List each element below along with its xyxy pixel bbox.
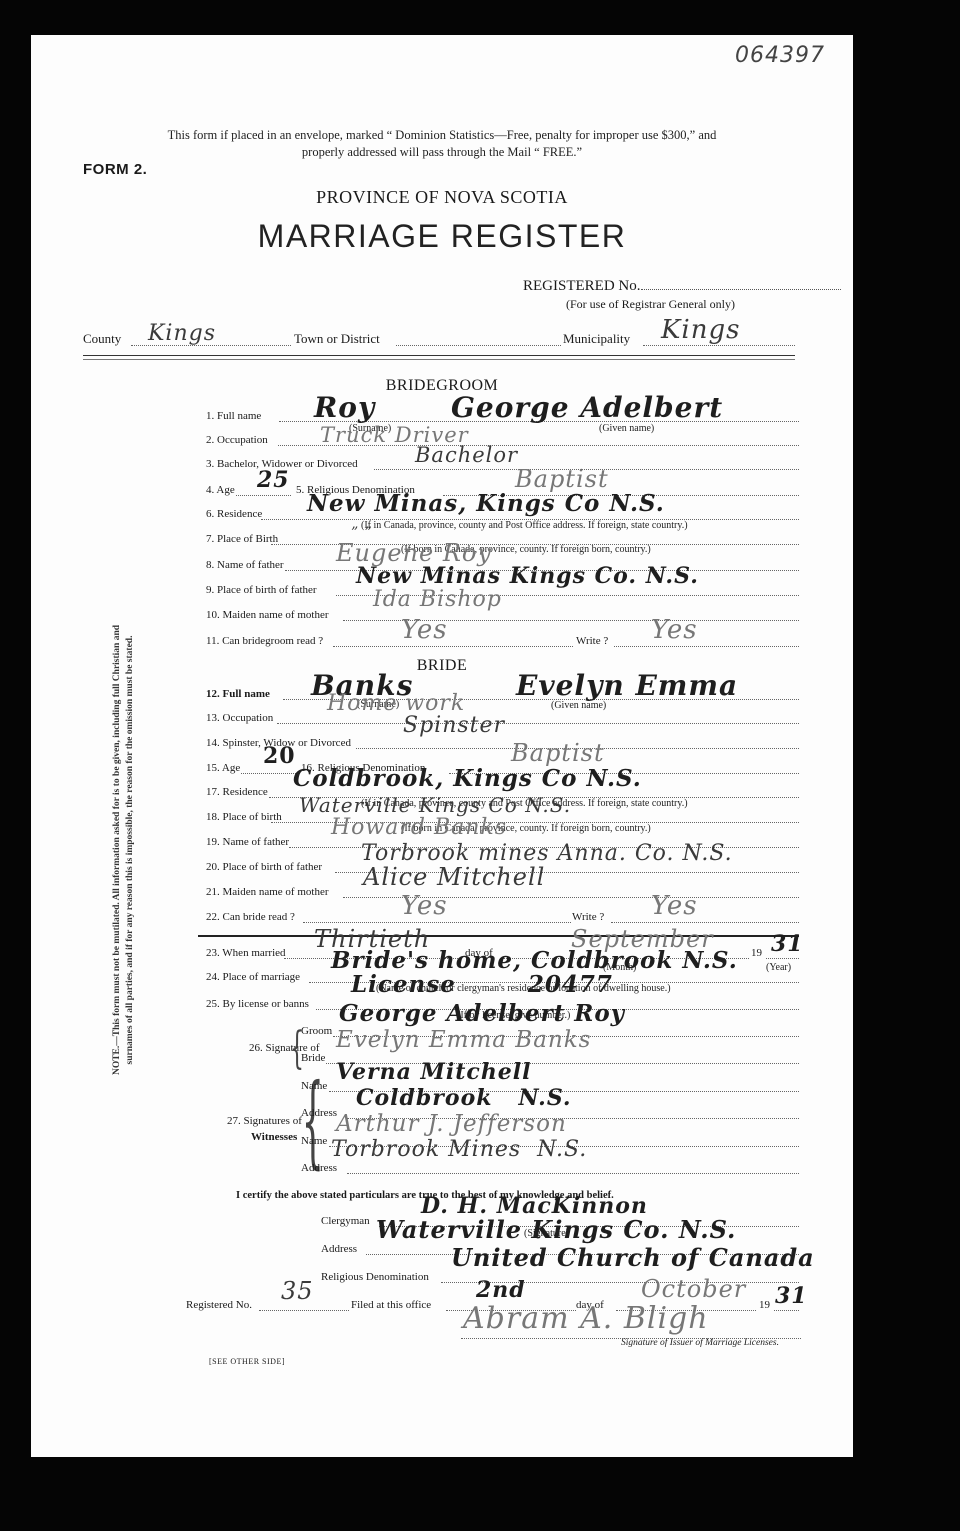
- marriage-register-form: 064397 This form if placed in an envelop…: [31, 35, 853, 1457]
- year-prefix: 19: [751, 947, 762, 959]
- license-label: 25. By license or banns: [206, 998, 309, 1010]
- bride-read: Yes: [401, 891, 448, 921]
- when-married-label: 23. When married: [206, 947, 286, 959]
- filed-month: October: [641, 1275, 746, 1303]
- groom-status: Bachelor: [415, 443, 518, 467]
- witness-1-address-label: Address: [301, 1107, 337, 1119]
- mail-notice: This form if placed in an envelope, mark…: [31, 127, 853, 161]
- witness-2-address: Torbrook Mines N.S.: [331, 1137, 587, 1162]
- groom-mother: Ida Bishop: [373, 587, 502, 612]
- bride-given-name-hint: (Given name): [551, 700, 606, 711]
- groom-religion: Baptist: [515, 465, 609, 493]
- mail-notice-line-1: This form if placed in an envelope, mark…: [31, 127, 853, 144]
- place-of-marriage-label: 24. Place of marriage: [206, 971, 300, 983]
- marriage-year: 31: [771, 931, 804, 957]
- registered-no-field: REGISTERED No.: [523, 278, 841, 295]
- bride-full-name-label: 12. Full name: [206, 688, 270, 700]
- province-heading: PROVINCE OF NOVA SCOTIA: [31, 187, 853, 208]
- bride-age-label: 15. Age: [206, 762, 240, 774]
- side-note: NOTE.—This form must not be mutilated. A…: [111, 530, 137, 1170]
- witness-2-name-label: Name: [301, 1135, 327, 1147]
- bride-father-birthplace-label: 20. Place of birth of father: [206, 861, 322, 873]
- town-label: Town or District: [294, 331, 380, 347]
- groom-father-label: 8. Name of father: [206, 559, 284, 571]
- registered-no-bottom-label: Registered No.: [186, 1299, 252, 1311]
- clergyman-denomination: United Church of Canada: [451, 1243, 815, 1272]
- bride-signature: Evelyn Emma Banks: [336, 1027, 591, 1053]
- county-label: County: [83, 331, 121, 347]
- filed-year-prefix: 19: [759, 1299, 770, 1311]
- clergyman-label: Clergyman: [321, 1215, 370, 1227]
- bride-status: Spinster: [403, 713, 505, 738]
- groom-age-label: 4. Age: [206, 484, 235, 496]
- see-other-side: [SEE OTHER SIDE]: [209, 1357, 285, 1366]
- groom-residence-label: 6. Residence: [206, 508, 262, 520]
- header-divider: [83, 355, 795, 356]
- mail-notice-line-2: properly addressed will pass through the…: [31, 144, 853, 161]
- registered-no-value: 35: [281, 1277, 314, 1305]
- bride-age: 20: [263, 743, 296, 769]
- year-hint: (Year): [766, 962, 791, 973]
- groom-residence-hint: (If in Canada, province, county and Post…: [361, 520, 688, 531]
- serial-number: 064397: [735, 43, 825, 68]
- groom-read: Yes: [401, 615, 448, 645]
- registered-no-note: (For use of Registrar General only): [566, 297, 735, 312]
- bride-mother-label: 21. Maiden name of mother: [206, 886, 329, 898]
- bride-mother: Alice Mitchell: [363, 863, 545, 891]
- witness-1-name: Verna Mitchell: [336, 1059, 532, 1085]
- witnesses-label-1: 27. Signatures of: [227, 1115, 302, 1127]
- bridegroom-heading: BRIDEGROOM: [31, 377, 853, 395]
- groom-read-label: 11. Can bridegroom read ?: [206, 635, 323, 647]
- page-title: MARRIAGE REGISTER: [31, 218, 853, 255]
- groom-mother-label: 10. Maiden name of mother: [206, 609, 329, 621]
- groom-father-birthplace: New Minas Kings Co. N.S.: [356, 563, 699, 589]
- clergyman-address-label: Address: [321, 1243, 357, 1255]
- bride-read-label: 22. Can bride read ?: [206, 911, 295, 923]
- issuer-signature: Abram A. Bligh: [463, 1301, 709, 1336]
- witness-2-name: Arthur J. Jefferson: [336, 1111, 567, 1137]
- groom-write: Yes: [651, 615, 698, 645]
- municipality-label: Municipality: [563, 331, 630, 347]
- groom-residence: New Minas, Kings Co N.S.: [307, 490, 665, 517]
- groom-signature: George Adelbert Roy: [339, 1000, 625, 1027]
- groom-occupation-label: 2. Occupation: [206, 434, 268, 446]
- filed-label: Filed at this office: [351, 1299, 431, 1311]
- bride-residence-label: 17. Residence: [206, 786, 268, 798]
- groom-father-birthplace-label: 9. Place of birth of father: [206, 584, 317, 596]
- form-number: FORM 2.: [83, 161, 147, 178]
- bride-father: Howard Banks: [331, 815, 507, 840]
- side-note-line-2: surnames of all parties, and if for any …: [124, 530, 137, 1170]
- groom-given-name-hint: (Given name): [599, 423, 654, 434]
- bride-occupation-label: 13. Occupation: [206, 712, 273, 724]
- municipality-value: Kings: [661, 315, 740, 345]
- clergyman-address: Waterville Kings Co. N.S.: [376, 1215, 736, 1244]
- bride-write: Yes: [651, 891, 698, 921]
- groom-surname: Roy: [314, 391, 375, 424]
- witnesses-label-2: Witnesses: [251, 1131, 297, 1143]
- bride-residence: Coldbrook, Kings Co N.S.: [293, 765, 642, 792]
- county-value: Kings: [148, 321, 216, 346]
- clergyman-denomination-label: Religious Denomination: [321, 1271, 429, 1283]
- groom-write-label: Write ?: [576, 635, 608, 647]
- filed-day: 2nd: [476, 1277, 526, 1303]
- witness-1-name-label: Name: [301, 1080, 327, 1092]
- groom-birthplace-label: 7. Place of Birth: [206, 533, 278, 545]
- groom-full-name-label: 1. Full name: [206, 410, 261, 422]
- bride-given-name: Evelyn Emma: [516, 669, 738, 702]
- groom-given-name: George Adelbert: [451, 391, 723, 424]
- witness-1-address: Coldbrook N.S.: [356, 1085, 572, 1111]
- issuer-hint: Signature of Issuer of Marriage Licenses…: [621, 1338, 779, 1348]
- bride-religion: Baptist: [511, 739, 605, 767]
- side-note-line-1: NOTE.—This form must not be mutilated. A…: [111, 530, 124, 1170]
- marriage-place: Bride's home, Coldbrook N.S.: [331, 947, 738, 974]
- bride-write-label: Write ?: [572, 911, 604, 923]
- bride-father-label: 19. Name of father: [206, 836, 289, 848]
- filed-year: 31: [775, 1283, 808, 1309]
- marriage-license: License 20477: [351, 971, 613, 998]
- witness-2-address-label: Address: [301, 1162, 337, 1174]
- groom-signature-label: Groom: [301, 1025, 332, 1037]
- registered-no-label: REGISTERED No.: [523, 278, 641, 294]
- groom-age: 25: [257, 467, 290, 493]
- bride-birthplace: Waterville Kings Co N.S.: [299, 793, 571, 817]
